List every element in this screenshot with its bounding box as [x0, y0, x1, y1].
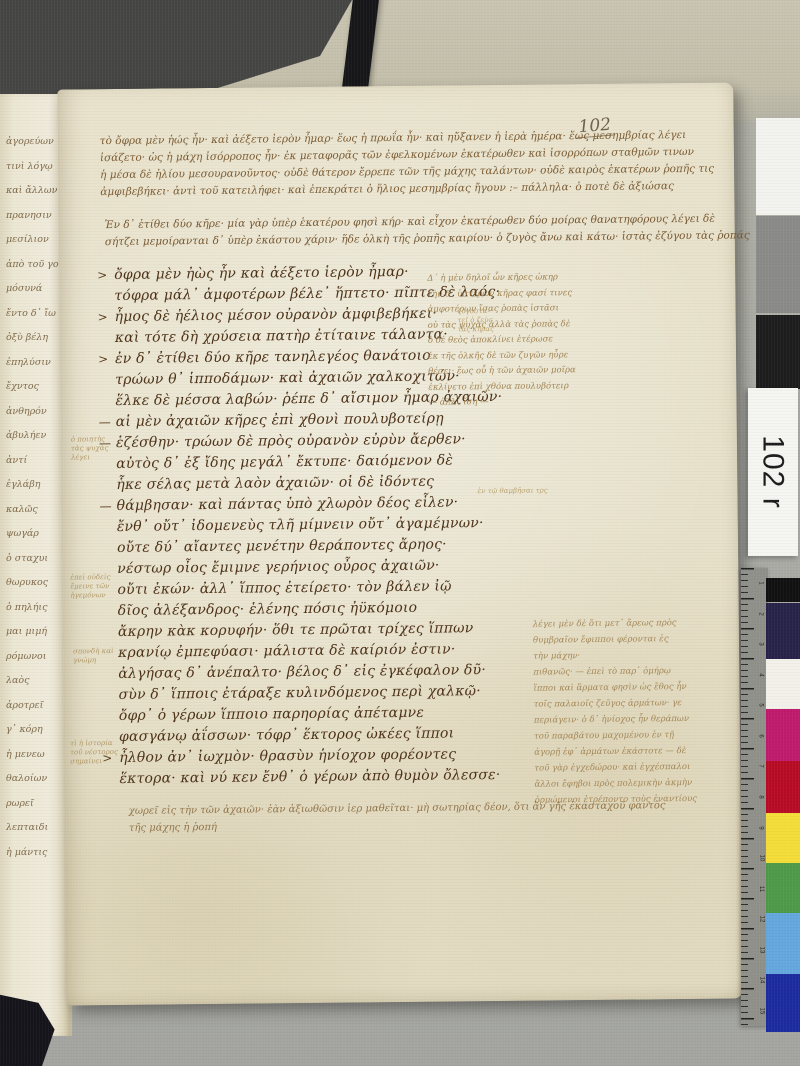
top-scholia-paragraph-1: τὸ ὄφρα μὲν ἠώς ἦν· καὶ ἀέξετο ἱερὸν ἦμα…: [100, 127, 661, 201]
note-line: τεῖ ὁ ζεὺς: [458, 316, 494, 325]
marginal-gloss-fragment: ψωγάρ: [6, 528, 66, 539]
verse-text: ὄφρα μὲν ἠὼς ἦν καὶ ἀέξετο ἱερὸν ἦμαρ·: [114, 264, 409, 283]
note-line: τὰς κῆρας: [458, 325, 494, 334]
ruler-number: 14: [758, 977, 764, 984]
note-line: ἔμεινε τῶν: [70, 582, 110, 591]
verse-text: ἄκρην κὰκ κορυφήν· ὅθι τε πρῶται τρίχες …: [118, 620, 474, 640]
verse-text: ὄφρ᾽ ὁ γέρων ἵπποιο παρηορίας ἀπέταμνε: [119, 705, 424, 724]
color-patch-red: [766, 761, 800, 813]
marginal-gloss-fragment: μαι μιμή: [6, 626, 66, 637]
interlinear-note-upper: ζυγοστα-τεῖ ὁ ζεὺςτὰς κῆρας: [458, 307, 495, 334]
marginal-gloss-fragment: ἀροτρεῖ: [6, 700, 66, 711]
ruler-number: 11: [758, 885, 764, 891]
marginal-gloss-fragment: ἀντί: [6, 455, 66, 466]
scholia-line: τοῖς παλαιοῖς ζεῦγος ἁρμάτων· γε: [534, 695, 720, 713]
marginal-gloss-fragment: ἡ μενεω: [6, 749, 66, 760]
color-patch-lightblue: [766, 913, 800, 974]
color-patch-navy: [766, 603, 800, 659]
grayscale-patch-black: [756, 315, 800, 389]
left-margin-note-1: ὁ ποιητὴςτὰς ψυχὰςλέγει: [71, 435, 109, 462]
grayscale-calibration-bar: [756, 118, 800, 389]
verse-line: ἔνθ᾽ οὔτ᾽ ἰδομενεὺς τλῆ μίμνειν οὔτ᾽ ἀγα…: [100, 513, 520, 538]
scholia-line: λέγει μὲν δὲ ὅτι μετ᾽ ἄρεως πρὸς: [533, 615, 719, 633]
note-line: γνώμη: [73, 656, 114, 665]
note-line: ἐν τῷ θαμβῆσαι τρς: [477, 486, 547, 496]
marginal-gloss-fragment: μόσυνά: [6, 283, 66, 294]
marginal-gloss-fragment: λεπταιδι: [6, 822, 66, 833]
verse-margin-mark: —: [99, 496, 116, 517]
left-margin-note-4: τὶ ἡ ἱστορίατοῦ νέστοροςσημαίνει: [70, 739, 118, 766]
scholia-line: — ἀλλ᾽ ἴση —: [428, 393, 644, 411]
note-line: ζυγοστα-: [458, 307, 494, 316]
verse-text: θάμβησαν· καὶ πάντας ὑπὸ χλωρὸν δέος εἷλ…: [117, 494, 459, 514]
verse-text: νέστωρ οἶος ἔμιμνε γερήνιος οὖρος ἀχαιῶν…: [117, 558, 439, 577]
verse-text: αὐτὸς δ᾽ ἐξ ἴδης μεγάλ᾽ ἔκτυπε· δαιόμενο…: [116, 452, 453, 472]
previous-leaf-glosses: ἀγορεύωντινὶ λόγῳκαὶ ἄλλωνπρανησινμεσίλι…: [6, 136, 66, 871]
shelfmark-label: 102 r: [748, 388, 798, 556]
color-calibration-bar: [766, 578, 800, 1032]
marginal-gloss-fragment: λαὸς: [6, 675, 66, 686]
scholia-line: τὴν μάχην·: [533, 647, 719, 665]
verse-text: φασγάνῳ ἀΐσσων· τόφρ᾽ ἕκτορος ὠκέες ἵππο…: [119, 725, 454, 745]
ruler-number: 4: [758, 673, 764, 676]
bottom-scholia: χωρεῖ εἰς τὴν τῶν ἀχαιῶν· ἐὰν ἀξιωθῶσιν …: [129, 797, 719, 837]
scholia-line: ἄλλοι ἔφηβοι πρὸς πολεμικὴν ἀκμὴν: [534, 775, 720, 793]
ruler-number: 6: [758, 734, 764, 737]
note-line: σημαίνει: [70, 757, 118, 766]
shelfmark-label-text: 102 r: [756, 435, 790, 508]
top-scholia-paragraph-2: Ἐν δ᾽ ἐτίθει δύο κῆρε· μία γὰρ ὑπὲρ ἑκατ…: [105, 211, 645, 251]
verse-text: ἔνθ᾽ οὔτ᾽ ἰδομενεὺς τλῆ μίμνειν οὔτ᾽ ἀγα…: [117, 515, 484, 535]
grayscale-patch-white: [756, 118, 800, 215]
color-patch-green: [766, 863, 800, 913]
ruler-number: 10: [758, 855, 764, 862]
marginal-gloss-fragment: ἐγλάβη: [6, 479, 66, 490]
verse-text: ἐν δ᾽ ἐτίθει δύο κῆρε τανηλεγέος θανάτοι…: [115, 348, 431, 367]
marginal-gloss-fragment: ἐπηλύσιν: [6, 357, 66, 368]
marginal-gloss-fragment: ὀξὺ βέλη: [6, 332, 66, 343]
verse-text: καὶ τότε δὴ χρύσεια πατὴρ ἐτίταινε τάλαν…: [115, 326, 448, 345]
note-line: τὰς ψυχὰς: [71, 444, 108, 453]
left-margin-note-3: σπονδὴ καὶγνώμη: [73, 647, 114, 665]
ruler-number: 5: [758, 704, 764, 707]
note-line: ἐπεὶ οὐδεὶς: [70, 573, 110, 582]
ruler-number: 9: [758, 826, 764, 829]
marginal-gloss-fragment: ὁ σταχυι: [6, 553, 66, 564]
marginal-gloss-fragment: γ᾽ κόρη: [6, 724, 66, 735]
verse-text: οὔτι ἑκών· ἀλλ᾽ ἵππος ἐτείρετο· τὸν βάλε…: [117, 578, 451, 597]
scholia-line: ἵπποι καὶ ἅρματα φησὶν ὡς ἔθος ἦν: [533, 679, 719, 697]
verse-line: —ἑζέσθην· τρώων δὲ πρὸς οὐρανὸν εὐρὺν ἄε…: [99, 429, 519, 454]
ruler-number: 7: [758, 765, 764, 768]
verse-margin-mark: >: [98, 307, 115, 328]
marginal-gloss-fragment: μεσίλιον: [6, 234, 66, 245]
marginal-gloss-fragment: θωρυκος: [6, 577, 66, 588]
scholia-line: τοῦ γὰρ ἐγχεδώρου· καὶ ἐγχέσπαλοι: [534, 759, 720, 777]
ruler-number: 1: [758, 582, 764, 585]
verse-line: ἄκρην κὰκ κορυφήν· ὅθι τε πρῶται τρίχες …: [101, 618, 521, 643]
verse-line: ἕκτορα· καὶ νύ κεν ἔνθ᾽ ὁ γέρων ἀπὸ θυμὸ…: [102, 765, 522, 790]
marginal-gloss-fragment: καλῶς: [6, 504, 66, 515]
marginal-gloss-fragment: ὁ πηλήις: [6, 602, 66, 613]
color-patch-black: [766, 578, 800, 602]
scholia-line: ἀγορῇ ἐφ᾽ ἁρμάτων ἑκάστοτε — δὲ: [534, 743, 720, 761]
ruler-number: 12: [758, 916, 764, 923]
scholia-line: τοῦ παραβάτου μαχομένου ἐν τῇ: [534, 727, 720, 745]
marginal-gloss-fragment: ρωρεῖ: [6, 798, 66, 809]
note-line: ὁ ποιητὴς: [71, 435, 108, 444]
color-patch-white: [766, 659, 800, 709]
ruler-number: 8: [758, 795, 764, 798]
photo-stage: ἀγορεύωντινὶ λόγῳκαὶ ἄλλωνπρανησινμεσίλι…: [0, 0, 800, 1066]
ruler-major-ticks: [741, 568, 754, 1026]
right-scholia-upper: Δ΄ ἡ μὲν δηλοῖ ὧν κῆρες ὠκηρτὴν δ᾽ ὑστέρ…: [427, 269, 644, 411]
marginal-gloss-fragment: ἡ μάντις: [6, 847, 66, 858]
verse-margin-mark: >: [97, 265, 114, 286]
right-scholia-lower: λέγει μὲν δὲ ὅτι μετ᾽ ἄρεως πρὸςθυμβραῖο…: [533, 615, 721, 809]
note-line: λέγει: [71, 453, 108, 462]
verse-text: ἧκε σέλας μετὰ λαὸν ἀχαιῶν· οἱ δὲ ἰδόντε…: [116, 474, 434, 493]
ruler-number: 15: [758, 1007, 764, 1014]
verse-text: ἦμος δὲ ἠέλιος μέσον οὐρανὸν ἀμφιβεβήκει…: [115, 306, 438, 325]
verse-text: κρανίῳ ἐμπεφύασι· μάλιστα δὲ καίριόν ἐστ…: [118, 641, 456, 661]
verse-text: ἀλγήσας δ᾽ ἀνέπαλτο· βέλος δ᾽ εἰς ἐγκέφα…: [118, 662, 486, 682]
verse-text: ἑζέσθην· τρώων δὲ πρὸς οὐρανὸν εὐρὺν ἄερ…: [116, 431, 466, 451]
left-margin-note-2: ἐπεὶ οὐδεὶςἔμεινε τῶνἡγεμόνων: [70, 573, 110, 600]
verse-text: τρώων θ᾽ ἱπποδάμων· καὶ ἀχαιῶν χαλκοχιτώ…: [115, 368, 460, 388]
color-patch-darkblue: [766, 974, 800, 1032]
marginal-gloss-fragment: ἀνθηρόν: [6, 406, 66, 417]
verse-margin-mark: >: [98, 349, 115, 370]
color-patch-yellow: [766, 813, 800, 863]
marginal-gloss-fragment: πρανησιν: [6, 210, 66, 221]
marginal-gloss-fragment: ἀβυλήεν: [6, 430, 66, 441]
scholia-line: πιθανῶς· — ἐπεὶ τὸ παρ᾽ ὁμήρῳ: [533, 663, 719, 681]
scholia-line: θυμβραῖον ἔφιπποι φέρονται ἐς: [533, 631, 719, 649]
note-line: τοῦ νέστορος: [70, 748, 118, 757]
marginal-gloss-fragment: θαλοίων: [6, 773, 66, 784]
interlinear-note-mid: ἐν τῷ θαμβῆσαι τρς: [477, 486, 547, 496]
verse-text: σὺν δ᾽ ἵπποις ἐτάραξε κυλινδόμενος περὶ …: [118, 683, 480, 703]
verse-text: αἱ μὲν ἀχαιῶν κῆρες ἐπὶ χθονὶ πουλυβοτεί…: [116, 411, 444, 430]
ruler-number: 2: [758, 612, 764, 615]
note-line: ἡγεμόνων: [70, 591, 110, 600]
ruler: 123456789101112131415: [741, 568, 768, 1026]
verse-line: σὺν δ᾽ ἵπποις ἐτάραξε κυλινδόμενος περὶ …: [101, 681, 521, 706]
grayscale-patch-gray: [756, 216, 800, 313]
verse-text: οὔτε δύ᾽ αἴαντες μενέτην θεράποντες ἄρηο…: [117, 537, 447, 556]
verse-margin-mark: —: [99, 412, 116, 433]
manuscript-page: 102 τὸ ὄφρα μὲν ἠώς ἦν· καὶ ἀέξετο ἱερὸν…: [57, 82, 743, 1005]
ruler-number: 3: [758, 643, 764, 646]
marginal-gloss-fragment: ἔχντος: [6, 381, 66, 392]
verse-text: δῖος ἀλέξανδρος· ἑλένης πόσις ἠϋκόμοιο: [118, 600, 418, 619]
ruler-number: 13: [758, 946, 764, 953]
marginal-gloss-fragment: ρόμωνοι: [6, 651, 66, 662]
marginal-gloss-fragment: καὶ ἄλλων: [6, 185, 66, 196]
marginal-gloss-fragment: ἔντο δ᾽ ἴω: [6, 308, 66, 319]
verse-text: ἕκτορα· καὶ νύ κεν ἔνθ᾽ ὁ γέρων ἀπὸ θυμὸ…: [119, 767, 500, 787]
color-patch-magenta: [766, 709, 800, 761]
note-line: σπονδὴ καὶ: [73, 647, 114, 656]
verse-text: ἦλθον ἀν᾽ ἰωχμὸν· θρασὺν ἡνίοχον φορέοντ…: [119, 746, 456, 766]
marginal-gloss-fragment: ἀπὸ τοῦ γο: [6, 259, 66, 270]
scholia-line: περιάγειν· ὁ δ᾽ ἡνίοχος ἦν θεράπων: [534, 711, 720, 729]
